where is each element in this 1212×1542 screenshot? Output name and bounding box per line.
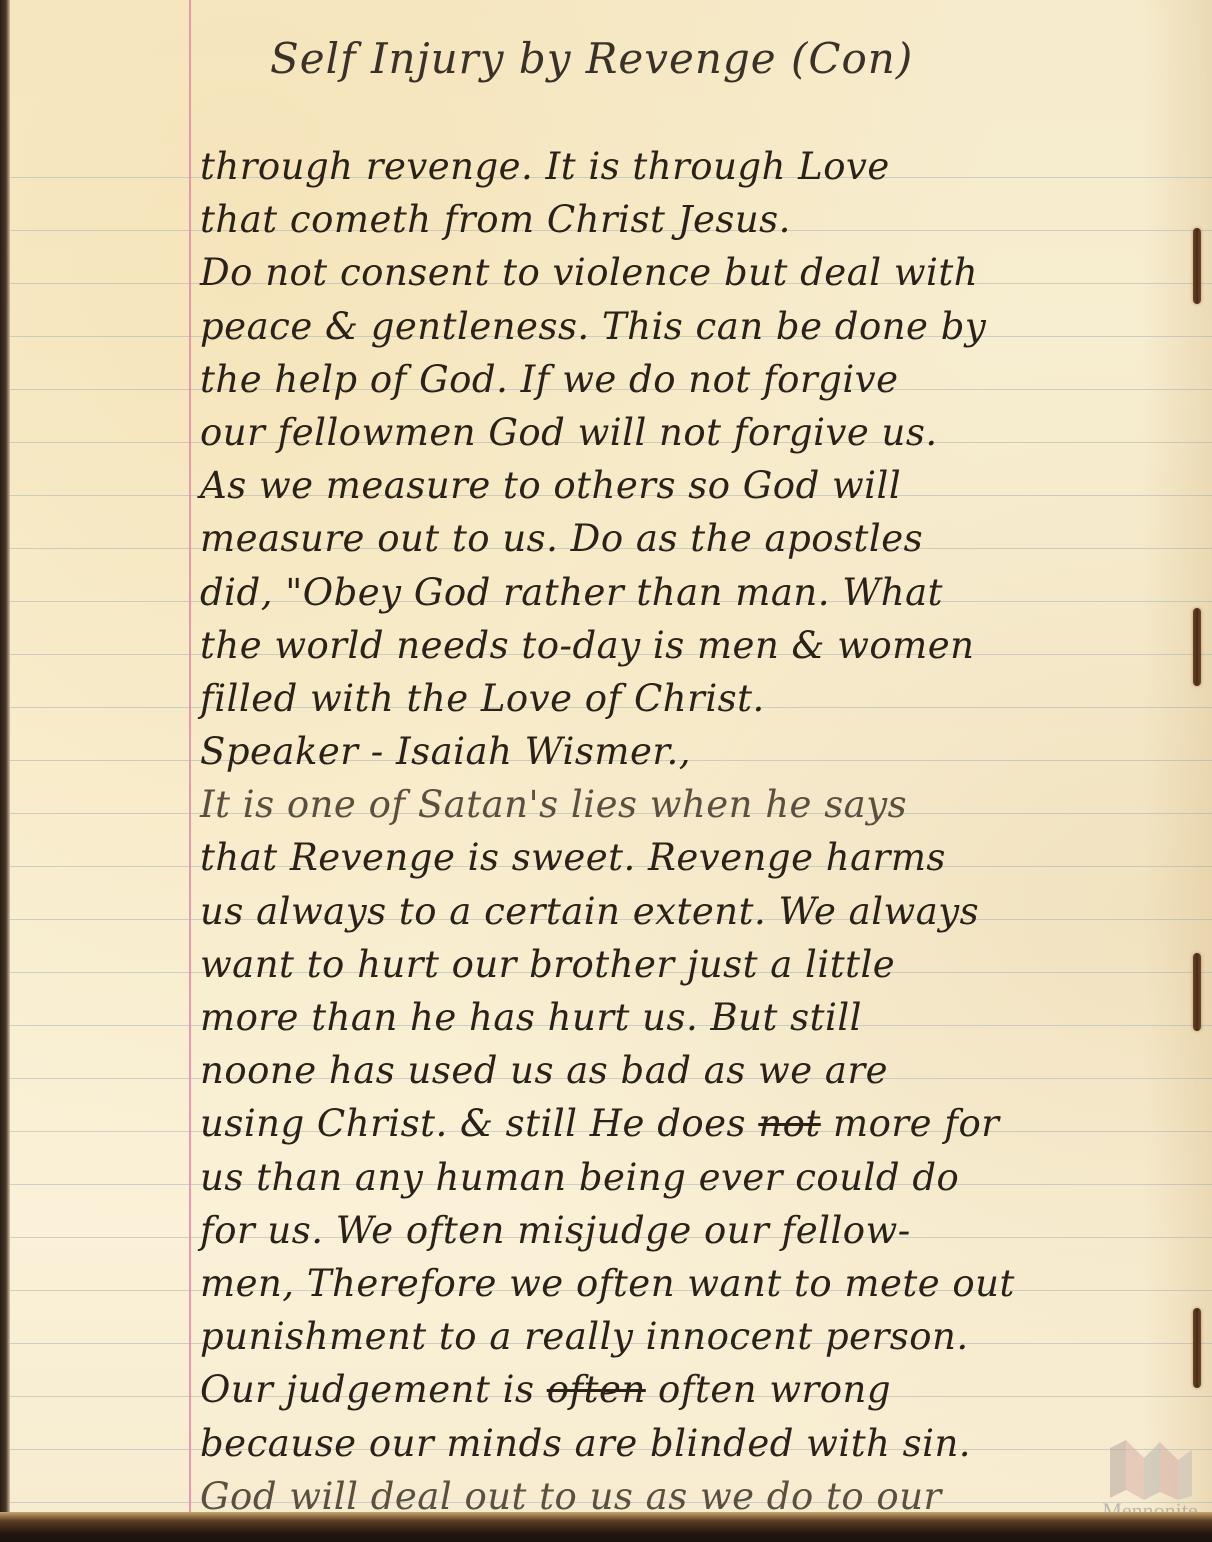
text-line: the world needs to-day is men & women [200,619,1190,672]
text-line: the help of God. If we do not forgive [200,353,1190,406]
text-line: us always to a certain extent. We always [200,885,1190,938]
text-line: our fellowmen God will not forgive us. [200,406,1190,459]
text-line: that Revenge is sweet. Revenge harms [200,831,1190,884]
binding-stitch [1193,953,1201,1031]
text-line: using Christ. & still He does not more f… [200,1097,1190,1150]
struck-word: not [758,1102,820,1145]
text-line: As we measure to others so God will [200,459,1190,512]
margin-line [189,0,191,1512]
handwritten-text: through revenge. It is through Love that… [200,140,1190,1523]
text-line: men, Therefore we often want to mete out [200,1257,1190,1310]
page-binding-edge [0,0,10,1528]
binding-stitch [1193,228,1201,304]
struck-word: often [547,1368,646,1411]
text-line: did, "Obey God rather than man. What [200,566,1190,619]
text-line: that cometh from Christ Jesus. [200,193,1190,246]
text-line: noone has used us as bad as we are [200,1044,1190,1097]
text-line: through revenge. It is through Love [200,140,1190,193]
text-line: filled with the Love of Christ. [200,672,1190,725]
text-line: It is one of Satan's lies when he says [200,778,1190,831]
text-line: punishment to a really innocent person. [200,1310,1190,1363]
text-line: Do not consent to violence but deal with [200,246,1190,299]
mennonite-heritage-logo-icon [1104,1440,1196,1500]
text-line: peace & gentleness. This can be done by [200,300,1190,353]
text-line: because our minds are blinded with sin. [200,1417,1190,1470]
binding-stitch [1193,608,1201,686]
page-bottom-edge [0,1512,1212,1542]
text-line: Our judgement is often often wrong [200,1363,1190,1416]
notebook-page: Self Injury by Revenge (Con) through rev… [0,0,1212,1528]
speaker-line: Speaker - Isaiah Wismer., [200,725,1190,778]
binding-stitch [1193,1308,1201,1388]
text-line: want to hurt our brother just a little [200,938,1190,991]
text-line: for us. We often misjudge our fellow- [200,1204,1190,1257]
text-line: us than any human being ever could do [200,1151,1190,1204]
text-line: measure out to us. Do as the apostles [200,512,1190,565]
text-line: more than he has hurt us. But still [200,991,1190,1044]
page-title: Self Injury by Revenge (Con) [270,34,913,83]
